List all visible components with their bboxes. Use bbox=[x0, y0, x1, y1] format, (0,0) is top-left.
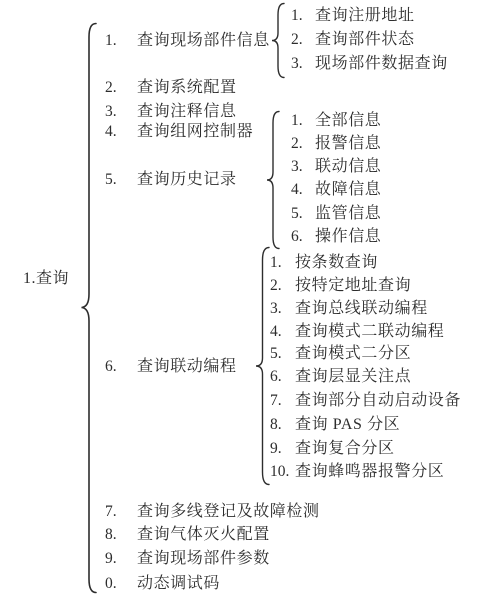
brace-history-records bbox=[266, 110, 281, 250]
menu-item-network-controller: 4.查询组网控制器 bbox=[105, 121, 253, 143]
item-label: 查询模式二联动编程 bbox=[295, 323, 444, 340]
item-label: 查询部分自动启动设备 bbox=[295, 392, 461, 409]
item-number: 4. bbox=[291, 179, 315, 201]
item-label: 查询总线联动编程 bbox=[295, 300, 428, 317]
item-number: 3. bbox=[291, 156, 315, 178]
submenu-item: 3.联动信息 bbox=[291, 156, 381, 178]
query-menu-tree-diagram: 1.查询 1.查询现场部件信息 2.查询系统配置 3.查询注释信息 4.查询组网… bbox=[0, 0, 502, 600]
item-number: 1. bbox=[105, 30, 137, 52]
item-label: 查询气体灭火配置 bbox=[137, 526, 270, 543]
item-number: 2. bbox=[291, 29, 315, 51]
item-label: 查询注册地址 bbox=[315, 7, 415, 24]
item-number: 4. bbox=[270, 321, 295, 343]
item-label: 联动信息 bbox=[315, 158, 381, 175]
item-number: 7. bbox=[105, 501, 137, 523]
submenu-item: 7.查询部分自动启动设备 bbox=[270, 390, 461, 412]
submenu-item: 8.查询 PAS 分区 bbox=[270, 414, 400, 436]
item-label: 查询现场部件参数 bbox=[137, 550, 270, 567]
item-label: 查询复合分区 bbox=[295, 440, 395, 457]
menu-item-field-component-info: 1.查询现场部件信息 bbox=[105, 30, 270, 52]
submenu-item: 9.查询复合分区 bbox=[270, 438, 395, 460]
item-number: 8. bbox=[270, 414, 295, 436]
item-number: 9. bbox=[270, 438, 295, 460]
submenu-item: 2.报警信息 bbox=[291, 133, 381, 155]
item-number: 3. bbox=[105, 101, 137, 123]
submenu-item: 1.按条数查询 bbox=[270, 252, 378, 274]
item-number: 7. bbox=[270, 390, 295, 412]
submenu-item: 6.操作信息 bbox=[291, 226, 381, 248]
menu-item-annotation-info: 3.查询注释信息 bbox=[105, 101, 237, 123]
item-number: 4. bbox=[105, 121, 137, 143]
item-number: 10. bbox=[270, 461, 295, 483]
root-node-label: 1.查询 bbox=[23, 268, 69, 290]
submenu-item: 3.现场部件数据查询 bbox=[291, 53, 448, 75]
item-label: 查询多线登记及故障检测 bbox=[137, 503, 320, 520]
item-number: 1. bbox=[270, 252, 295, 274]
item-number: 5. bbox=[105, 169, 137, 191]
item-label: 查询模式二分区 bbox=[295, 345, 411, 362]
item-number: 5. bbox=[291, 203, 315, 225]
item-number: 0. bbox=[105, 573, 137, 595]
item-number: 2. bbox=[270, 275, 295, 297]
submenu-item: 5.查询模式二分区 bbox=[270, 343, 411, 365]
item-number: 8. bbox=[105, 524, 137, 546]
item-number: 6. bbox=[105, 356, 137, 378]
submenu-item: 1.查询注册地址 bbox=[291, 5, 415, 27]
submenu-item: 2.查询部件状态 bbox=[291, 29, 415, 51]
item-number: 9. bbox=[105, 548, 137, 570]
item-label: 查询注释信息 bbox=[137, 103, 237, 120]
submenu-item: 3.查询总线联动编程 bbox=[270, 298, 428, 320]
item-label: 操作信息 bbox=[315, 228, 381, 245]
item-number: 6. bbox=[291, 226, 315, 248]
main-brace bbox=[80, 22, 98, 594]
item-number: 1. bbox=[291, 110, 315, 132]
item-label: 按条数查询 bbox=[295, 254, 378, 271]
item-number: 5. bbox=[270, 343, 295, 365]
item-label: 现场部件数据查询 bbox=[315, 55, 448, 72]
item-label: 查询部件状态 bbox=[315, 31, 415, 48]
menu-item-gas-extinguishing-config: 8.查询气体灭火配置 bbox=[105, 524, 270, 546]
item-number: 2. bbox=[291, 133, 315, 155]
item-label: 动态调试码 bbox=[137, 575, 220, 592]
menu-item-field-component-params: 9.查询现场部件参数 bbox=[105, 548, 270, 570]
item-label: 报警信息 bbox=[315, 135, 381, 152]
item-label: 查询系统配置 bbox=[137, 79, 237, 96]
item-label: 故障信息 bbox=[315, 181, 381, 198]
item-number: 3. bbox=[270, 298, 295, 320]
menu-item-linkage-programming: 6.查询联动编程 bbox=[105, 356, 237, 378]
submenu-item: 4.查询模式二联动编程 bbox=[270, 321, 444, 343]
submenu-item: 5.监管信息 bbox=[291, 203, 381, 225]
menu-item-dynamic-debug-code: 0.动态调试码 bbox=[105, 573, 220, 595]
item-label: 全部信息 bbox=[315, 112, 381, 129]
item-label: 查询联动编程 bbox=[137, 358, 237, 375]
brace-linkage-programming bbox=[255, 246, 271, 486]
item-number: 3. bbox=[291, 53, 315, 75]
item-label: 按特定地址查询 bbox=[295, 277, 411, 294]
submenu-item: 4.故障信息 bbox=[291, 179, 381, 201]
item-number: 2. bbox=[105, 77, 137, 99]
item-label: 查询组网控制器 bbox=[137, 123, 253, 140]
brace-field-component-info bbox=[271, 2, 286, 79]
item-label: 查询现场部件信息 bbox=[137, 32, 270, 49]
item-label: 查询蜂鸣器报警分区 bbox=[295, 463, 444, 480]
menu-item-system-config: 2.查询系统配置 bbox=[105, 77, 237, 99]
submenu-item: 1.全部信息 bbox=[291, 110, 381, 132]
item-label: 查询层显关注点 bbox=[295, 368, 411, 385]
item-number: 1. bbox=[291, 5, 315, 27]
menu-item-history-records: 5.查询历史记录 bbox=[105, 169, 237, 191]
submenu-item: 6.查询层显关注点 bbox=[270, 366, 411, 388]
item-label: 监管信息 bbox=[315, 205, 381, 222]
menu-item-multiline-fault-detect: 7.查询多线登记及故障检测 bbox=[105, 501, 320, 523]
item-number: 6. bbox=[270, 366, 295, 388]
item-label: 查询 PAS 分区 bbox=[295, 416, 400, 433]
submenu-item: 10.查询蜂鸣器报警分区 bbox=[270, 461, 444, 483]
item-label: 查询历史记录 bbox=[137, 171, 237, 188]
submenu-item: 2.按特定地址查询 bbox=[270, 275, 411, 297]
